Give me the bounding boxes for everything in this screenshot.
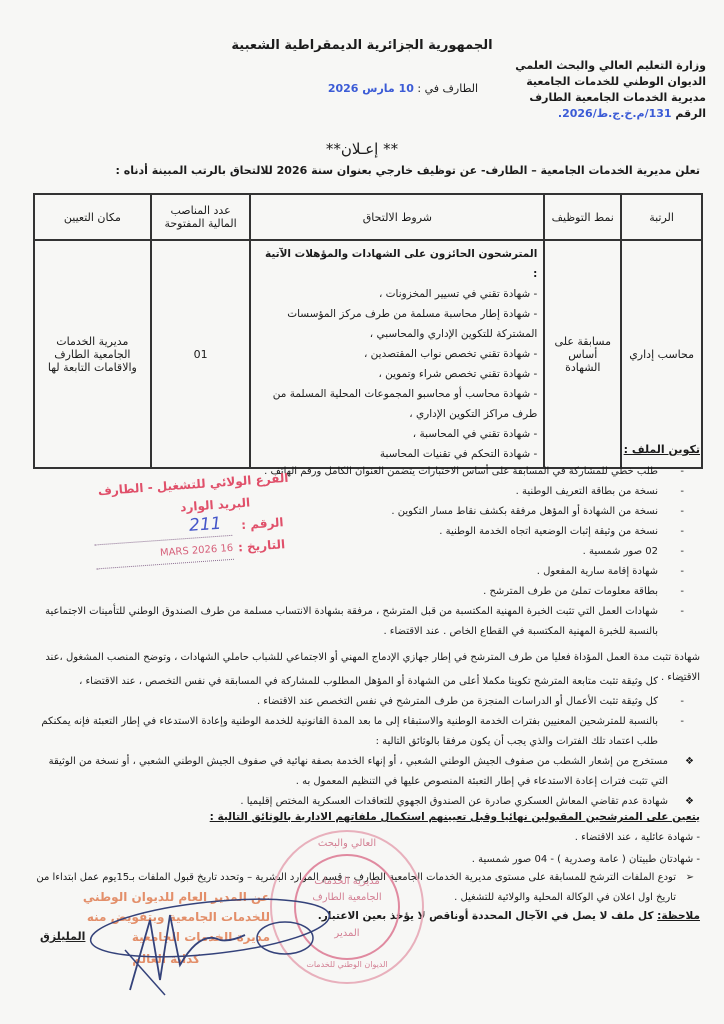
stamp-date: 16 MARS 2026 [160,543,234,559]
condition-item: - شهادة تقني تخصص نواب المقتصدين ، [257,344,537,364]
location-cell: مديرية الخدمات الجامعية الطارف والاقامات… [34,240,151,468]
dash-bullet-icon: - [680,692,684,712]
file-composition-title: تكوين الملف : [624,443,700,456]
dash-bullet-icon: - [680,582,684,602]
col-conditions: شروط الالتحاق [250,194,544,240]
list-item: ❖مستخرج من إشعار الشطب من صفوف الجيش الو… [34,752,694,792]
condition-item: - شهادة تقني تخصص شراء وتموين ، [257,364,537,384]
intro-text: تعلن مديرية الخدمات الجامعية – الطارف- ع… [20,164,700,177]
list-item: -شهادات العمل التي تثبت الخبرة المهنية ا… [24,602,684,642]
office-name: الديوان الوطني للخدمات الجامعية [506,74,706,90]
diamond-bullet-icon: ❖ [685,752,694,772]
condition-item: - شهادة إطار محاسبة مسلمة من طرف مركز ال… [257,304,537,344]
list-item: -طلب خطي للمشاركة في المسابقة على أساس ا… [24,462,684,482]
ministry-name: وزارة التعليم العالي والبحث العلمي [506,58,706,74]
date-value: 10 مارس 2026 [328,82,414,95]
list-item: -كل وثيقة تثبت متابعة المترشح تكوينا مكم… [24,672,684,692]
announcement-page: الجمهورية الجزائرية الديمقراطية الشعبية … [0,0,724,1024]
condition-item: - شهادة محاسب أو محاسبو المجموعات المحلي… [257,384,537,424]
mode-cell: مسابقة على أساس الشهادة [544,240,621,468]
dash-bullet-icon: - [680,482,684,502]
list-item: -كل وثيقة تثبت الأعمال أو الدراسات المنج… [24,692,684,712]
rank-cell: محاسب إداري [621,240,702,468]
issue-date: الطارف في : 10 مارس 2026 [278,82,478,95]
list-item: ❖شهادة عدم تقاضي المعاش العسكري صادرة عن… [34,792,694,812]
diamond-bullet-icon: ❖ [685,792,694,812]
accepted-candidates-title: يتعين على المترشحين المقبولين نهائيا وقب… [210,811,700,823]
positions-table: الرتبة نمط التوظيف شروط الالتحاق عدد الم… [33,193,703,469]
table-row: محاسب إداري مسابقة على أساس الشهادة المت… [34,240,702,468]
condition-item: - شهادة تقني في المحاسبة ، [257,424,537,444]
table-header-row: الرتبة نمط التوظيف شروط الالتحاق عدد الم… [34,194,702,240]
col-location: مكان التعيين [34,194,151,240]
directorate-name: مديرية الخدمات الجامعية الطارف [506,90,706,106]
reference-number: الرقم 131/م.خ.ج.ط/2026. [506,106,706,122]
col-rank: الرتبة [621,194,702,240]
list-item: -بالنسبة للمترشحين المعنيين بفترات الخدم… [24,712,684,752]
arrow-bullet-icon: ➢ [686,868,694,888]
dash-bullet-icon: - [680,502,684,522]
conditions-cell: المترشحون الحائزون على الشهادات والمؤهلا… [250,240,544,468]
dash-bullet-icon: - [680,602,684,622]
dash-bullet-icon: - [680,462,684,482]
page-title: ** إعـلان** [0,140,724,158]
dash-bullet-icon: - [680,562,684,582]
col-positions: عدد المناصب المالية المفتوحة [151,194,251,240]
file-items-list-2: -كل وثيقة تثبت متابعة المترشح تكوينا مكم… [24,672,684,752]
condition-item: - شهادة التحكم في تقنيات المحاسبة [257,444,537,464]
condition-item: - شهادة تقني في تسيير المخزونات ، [257,284,537,304]
issuer-block: وزارة التعليم العالي والبحث العلمي الديو… [506,58,706,122]
dash-bullet-icon: - [680,522,684,542]
col-mode: نمط التوظيف [544,194,621,240]
dash-bullet-icon: - [680,542,684,562]
handwritten-signature [70,880,330,1000]
dash-bullet-icon: - [680,712,684,732]
military-docs-list: ❖مستخرج من إشعار الشطب من صفوف الجيش الو… [34,752,694,812]
stamp-number: 211 [188,514,222,536]
positions-cell: 01 [151,240,251,468]
note-label: ملاحظة: [657,910,700,922]
dash-bullet-icon: - [680,672,684,692]
republic-header: الجمهورية الجزائرية الديمقراطية الشعبية [0,38,724,53]
incoming-mail-stamp: الفرع الولائي للتشغيل - الطارف البريد ال… [78,471,295,595]
